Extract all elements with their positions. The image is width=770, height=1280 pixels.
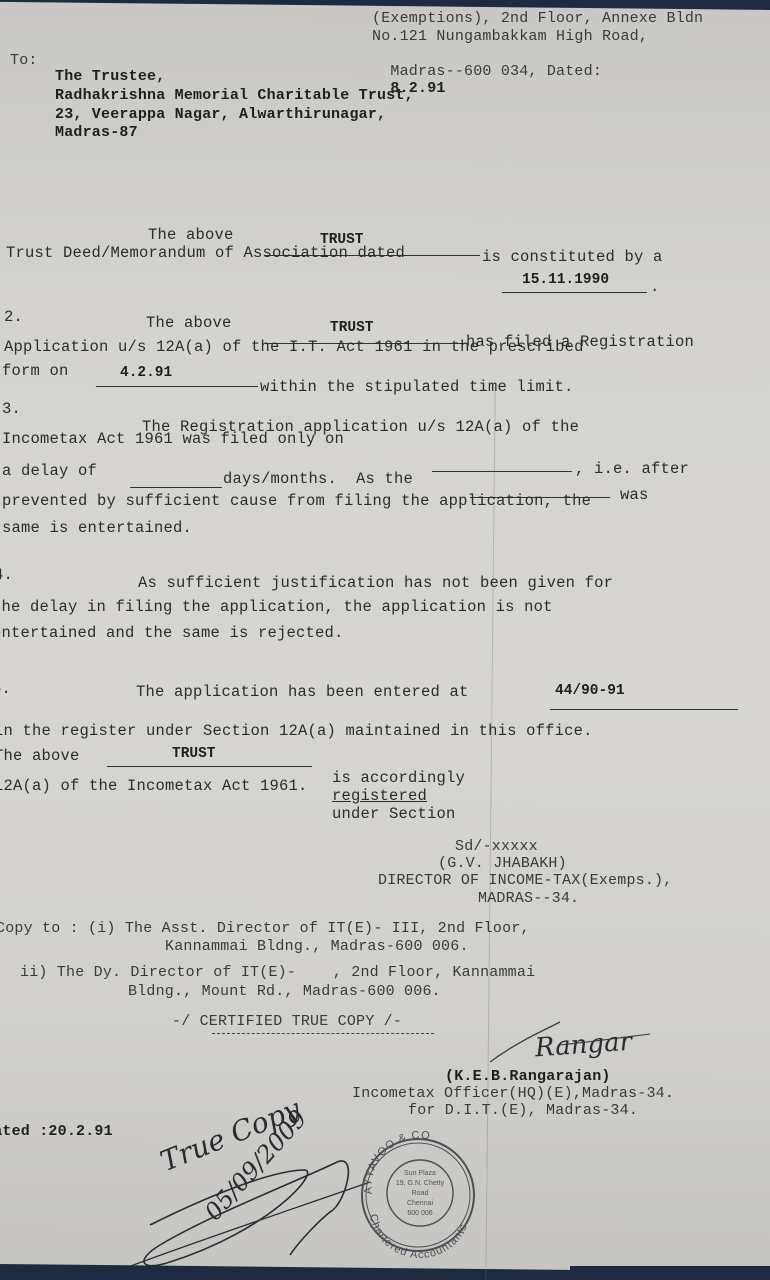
svg-text:600 006: 600 006 — [407, 1210, 432, 1217]
svg-text:Chennai: Chennai — [407, 1200, 434, 1207]
firm-stamp: AYYAVOO & CO Chartered Accountants Sun P… — [0, 0, 770, 1280]
svg-text:Chartered Accountants: Chartered Accountants — [367, 1213, 470, 1261]
svg-text:19, G.N. Chetty: 19, G.N. Chetty — [396, 1180, 445, 1187]
svg-text:Road: Road — [412, 1190, 429, 1197]
svg-text:Sun Plaza: Sun Plaza — [404, 1170, 436, 1177]
